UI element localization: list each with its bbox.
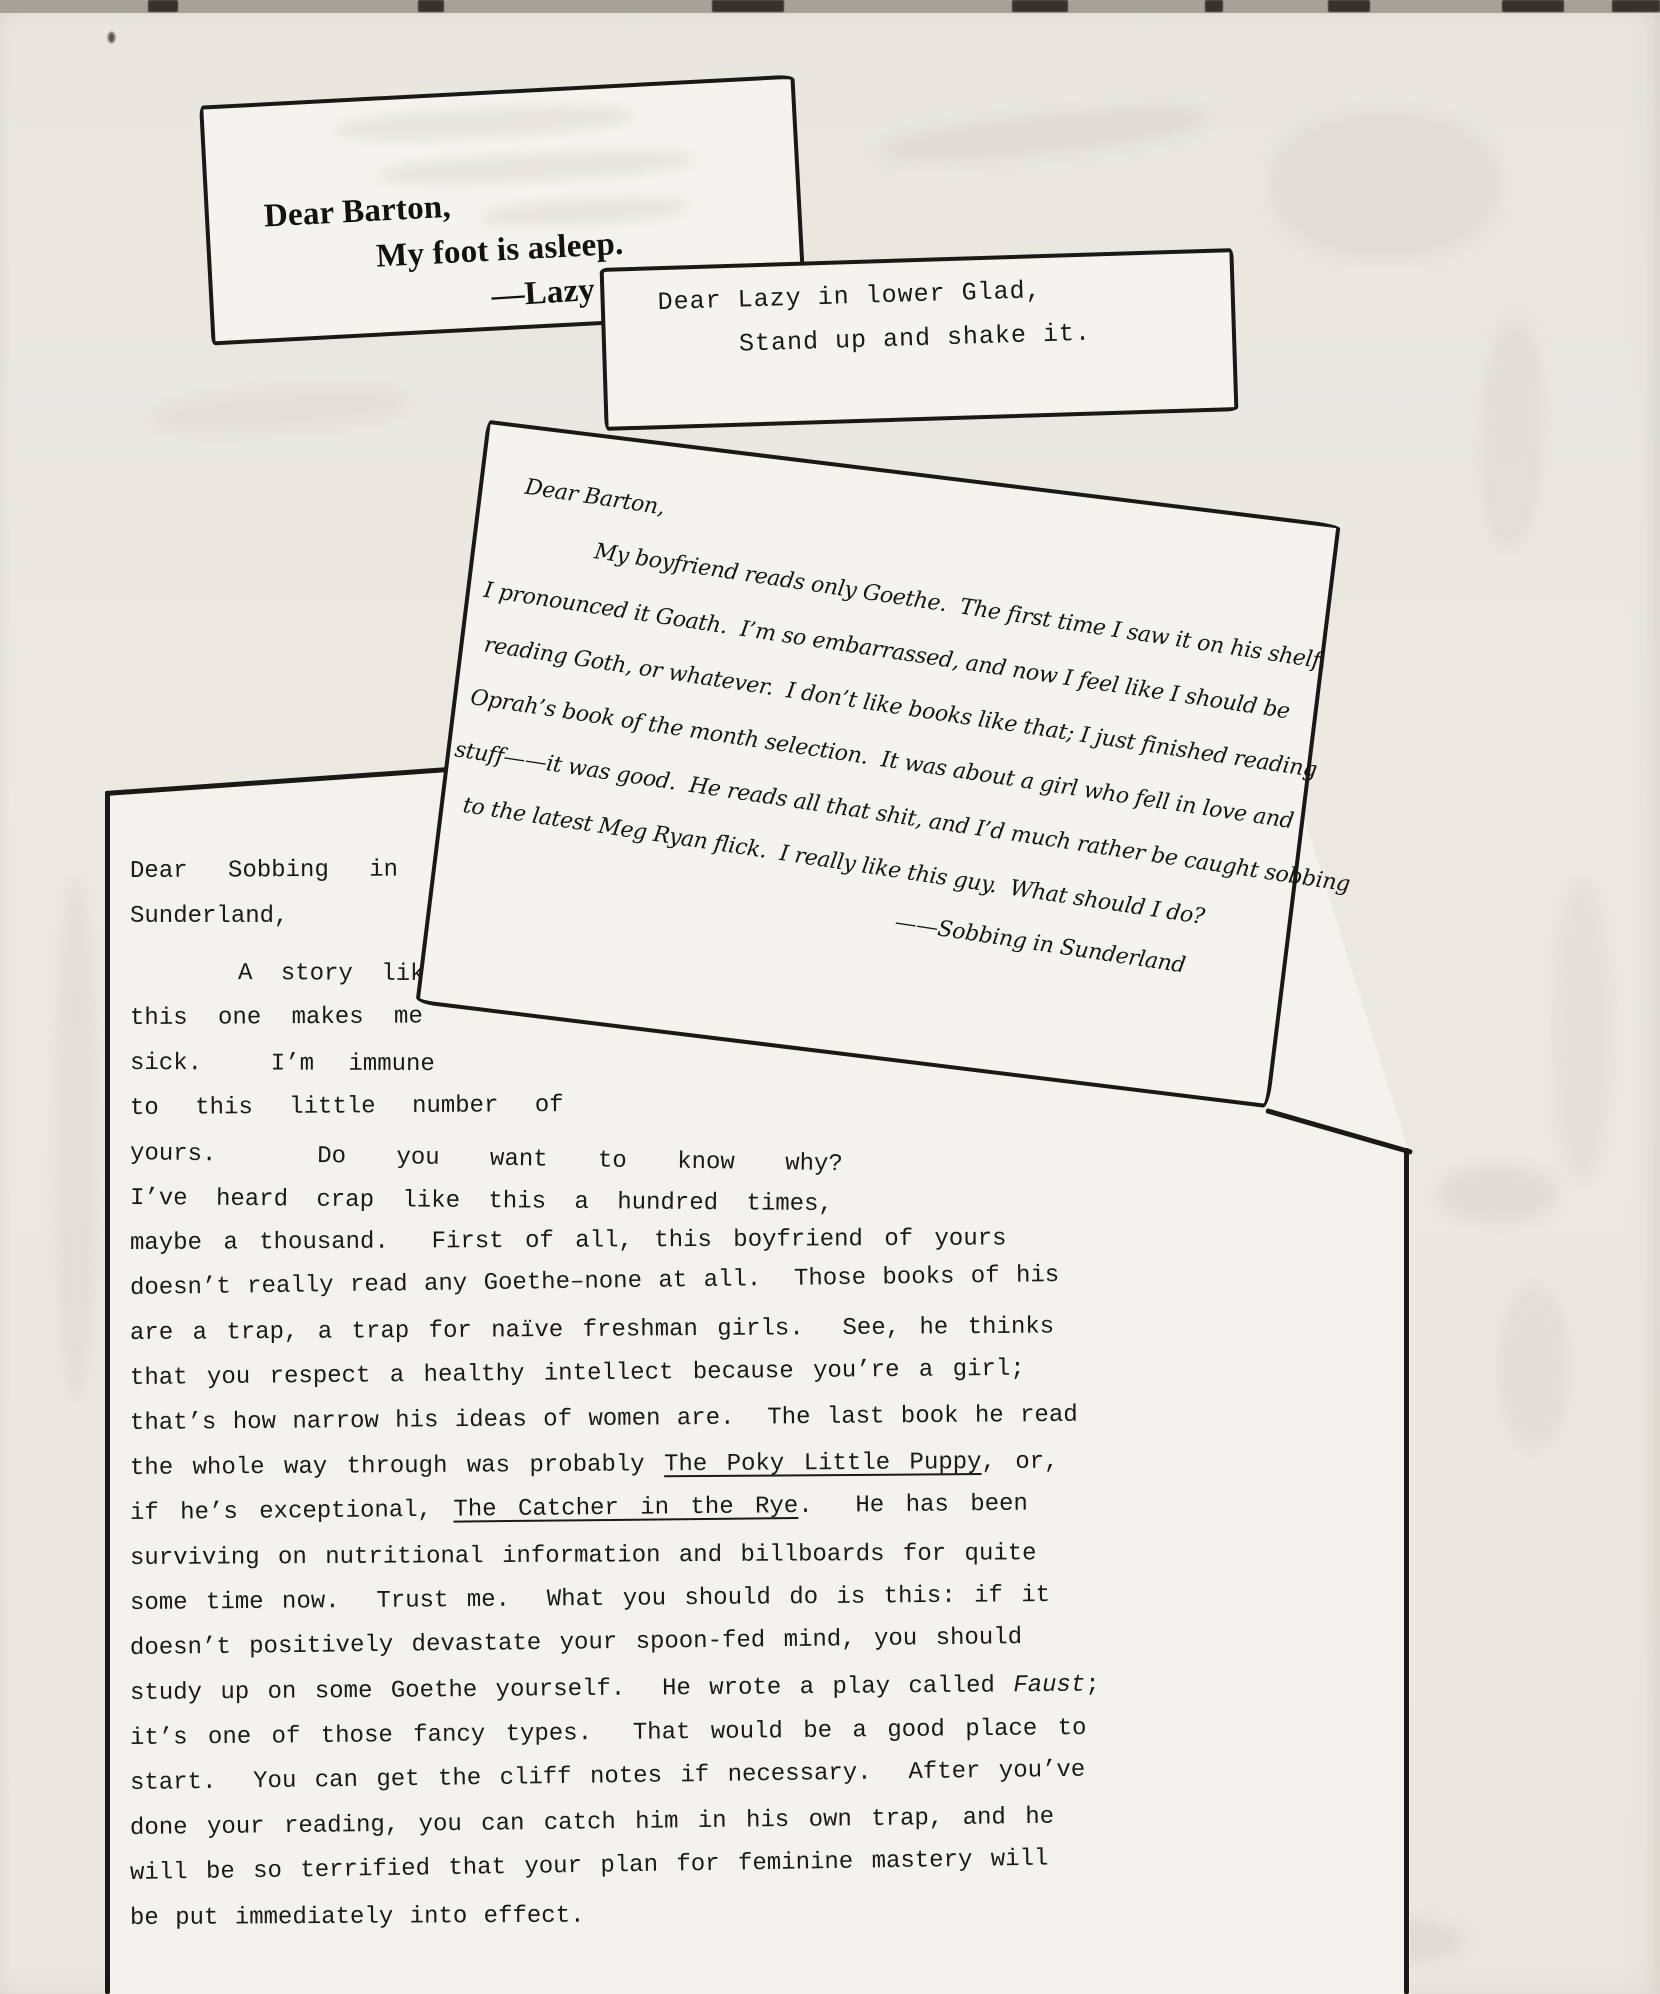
italic-title: Faust [1013, 1672, 1085, 1700]
bleedthrough-mark [879, 98, 1211, 170]
bleedthrough-mark [149, 381, 411, 439]
note-salutation: Dear Barton, [263, 189, 452, 236]
bleedthrough-mark [1270, 110, 1500, 260]
typed-line: surviving on nutritional information and… [130, 1542, 1037, 1571]
typed-text: surviving on nutritional information and… [130, 1540, 1037, 1572]
scan-edge-mark [1205, 0, 1223, 12]
ink-speck [108, 32, 115, 43]
typed-text: ; [1085, 1672, 1100, 1699]
typed-text: . He has been [798, 1491, 1028, 1520]
typed-line: to this little number of [130, 1094, 564, 1121]
bleedthrough-mark [1498, 1285, 1570, 1450]
bleedthrough-mark [479, 194, 690, 229]
bleedthrough-mark [55, 880, 97, 1400]
bleedthrough-mark [1438, 1165, 1558, 1223]
typed-text: Dear Sobbing in [130, 857, 398, 885]
typed-text: be put immediately into effect. [130, 1903, 585, 1932]
typed-line: are a trap, a trap for naïve freshman gi… [130, 1316, 1054, 1346]
bleedthrough-mark [1476, 319, 1548, 551]
scan-edge-mark [1502, 0, 1564, 12]
typed-text: , or, [981, 1449, 1058, 1477]
underlined-title: The Poky Little Puppy [664, 1449, 982, 1478]
scan-edge-mark [418, 0, 444, 12]
reply-letter-left-edge [105, 793, 110, 1994]
typed-text: sick. I’m immune [130, 1050, 435, 1078]
typed-text: Sunderland, [130, 903, 288, 930]
typed-text: A story like [238, 960, 439, 988]
underlined-title: The Catcher in the Rye [453, 1493, 798, 1524]
note-body: Stand up and shake it. [739, 319, 1092, 359]
bleedthrough-mark [376, 146, 697, 189]
scan-edge-mark [1328, 0, 1370, 12]
reply-letter-right-edge [1404, 1148, 1409, 1994]
sobbing-letter-body: Dear Barton,My boyfriend reads only Goet… [409, 423, 1335, 1119]
typed-line: maybe a thousand. First of all, this boy… [130, 1227, 1007, 1256]
scanned-page: Dear Barton, My foot is asleep. —Lazy in… [0, 0, 1660, 1994]
typed-text: to this little number of [130, 1092, 564, 1122]
typed-line: this one makes me [130, 1005, 423, 1031]
scan-edge-mark [1012, 0, 1068, 12]
scan-edge-strip [0, 0, 1660, 13]
note-salutation: Dear Lazy in lower Glad, [657, 276, 1042, 317]
typed-line: be put immediately into effect. [130, 1905, 585, 1931]
letter-card-sobbing: Dear Barton,My boyfriend reads only Goet… [415, 420, 1340, 1108]
typed-line: A story like [238, 962, 439, 987]
typed-line: I’ve heard crap like this a hundred time… [130, 1187, 833, 1217]
typed-line: Dear Sobbing in [130, 859, 398, 884]
note-body: My foot is asleep. [375, 226, 624, 276]
scan-edge-mark [148, 0, 178, 12]
typed-text: the whole way through was probably [130, 1451, 664, 1482]
typed-text: this one makes me [130, 1003, 423, 1032]
typed-text: maybe a thousand. First of all, this boy… [130, 1225, 1007, 1257]
note-card-stand-up: Dear Lazy in lower Glad, Stand up and sh… [600, 248, 1239, 431]
bleedthrough-mark [334, 101, 635, 145]
typed-text: if he’s exceptional, [130, 1497, 454, 1527]
typed-line: sick. I’m immune [130, 1052, 435, 1077]
letter-salutation: Dear Barton, [523, 475, 666, 521]
bleedthrough-mark [1552, 880, 1612, 1180]
scan-edge-mark [1612, 0, 1660, 12]
typed-line: Sunderland, [130, 905, 288, 929]
typed-line: the whole way through was probably The P… [130, 1451, 1059, 1481]
scan-edge-mark [712, 0, 784, 12]
